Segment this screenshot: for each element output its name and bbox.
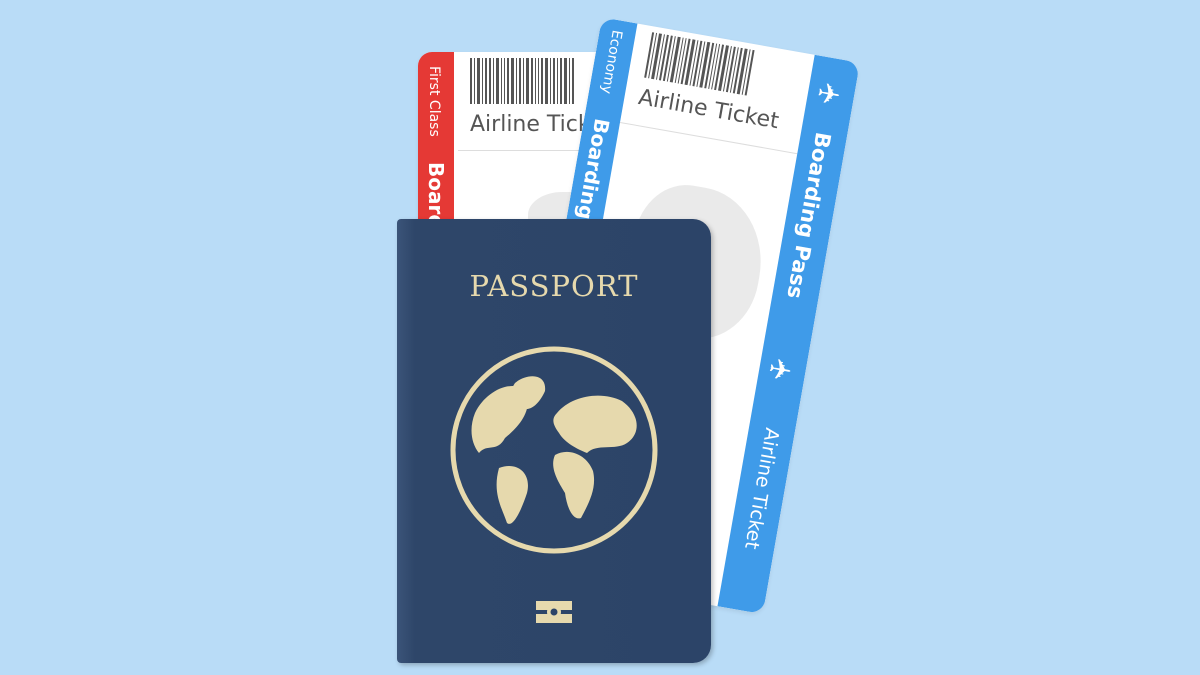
biometric-chip-icon bbox=[534, 599, 574, 625]
ticket-title: Airline Ticket bbox=[636, 85, 780, 134]
boarding-pass-label: Boarding Pass bbox=[782, 130, 835, 300]
passport: PASSPORT bbox=[397, 219, 711, 663]
barcode bbox=[470, 58, 574, 104]
globe-icon bbox=[447, 343, 661, 557]
barcode bbox=[644, 32, 754, 95]
airplane-icon: ✈ bbox=[766, 352, 795, 389]
class-label: First Class bbox=[426, 66, 442, 137]
airline-ticket-label: Airline Ticket bbox=[740, 426, 783, 551]
ticket-side-bar: ✈ Boarding Pass ✈ Airline Ticket bbox=[717, 55, 860, 614]
class-label: Economy bbox=[598, 29, 625, 95]
airplane-icon: ✈ bbox=[814, 76, 843, 113]
passport-title: PASSPORT bbox=[397, 269, 711, 303]
